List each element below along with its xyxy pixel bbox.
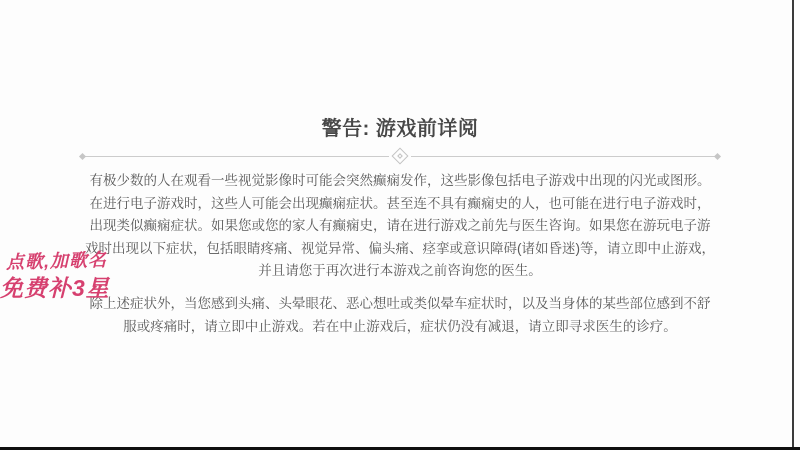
warning-text-line: 在进行电子游戏时，这些人可能会出现癫痫症状。甚至连不具有癫痫史的人，也可能在进行… — [80, 193, 720, 216]
overlay-free-stars-text: 免费补3星 — [0, 276, 110, 301]
overlay-song-request-text: 点歌,加歌名 — [6, 251, 110, 274]
warning-paragraph-2: 除上述症状外，当您感到头痛、头晕眼花、恶心想吐或类似晕车症状时，以及当身体的某些… — [80, 293, 720, 338]
warning-text-line: 服或疼痛时，请立即中止游戏。若在中止游戏后，症状仍没有减退，请立即寻求医生的诊疗… — [80, 316, 720, 339]
warning-text-line: 有极少数的人在观看一些视觉影像时可能会突然癫痫发作，这些影像包括电子游戏中出现的… — [80, 170, 720, 193]
stream-overlay-note: 点歌,加歌名 免费补3星 — [0, 252, 110, 301]
divider-end-diamond-icon — [714, 152, 721, 159]
warning-text-line: 并且请您于再次进行本游戏之前咨询您的医生。 — [80, 260, 720, 283]
ornamental-divider — [80, 150, 720, 162]
warning-title: 警告: 游戏前详阅 — [0, 116, 800, 142]
warning-text-line: 出现类似癫痫症状。如果您或您的家人有癫痫史，请在进行游戏之前先与医生咨询。如果您… — [80, 215, 720, 238]
warning-text-line: 除上述症状外，当您感到头痛、头晕眼花、恶心想吐或类似晕车症状时，以及当身体的某些… — [80, 293, 720, 316]
divider-end-diamond-icon — [79, 152, 86, 159]
diamond-ornament-icon — [392, 148, 408, 164]
warning-text-line: 戏时出现以下症状，包括眼睛疼痛、视觉异常、偏头痛、痉挛或意识障碍(诸如昏迷)等，… — [80, 238, 720, 261]
epilepsy-warning-screen: 警告: 游戏前详阅 有极少数的人在观看一些视觉影像时可能会突然癫痫发作，这些影像… — [0, 0, 800, 450]
video-edge-line — [792, 0, 794, 450]
divider-line — [411, 156, 715, 157]
divider-line — [85, 156, 389, 157]
warning-paragraph-1: 有极少数的人在观看一些视觉影像时可能会突然癫痫发作，这些影像包括电子游戏中出现的… — [80, 170, 720, 283]
